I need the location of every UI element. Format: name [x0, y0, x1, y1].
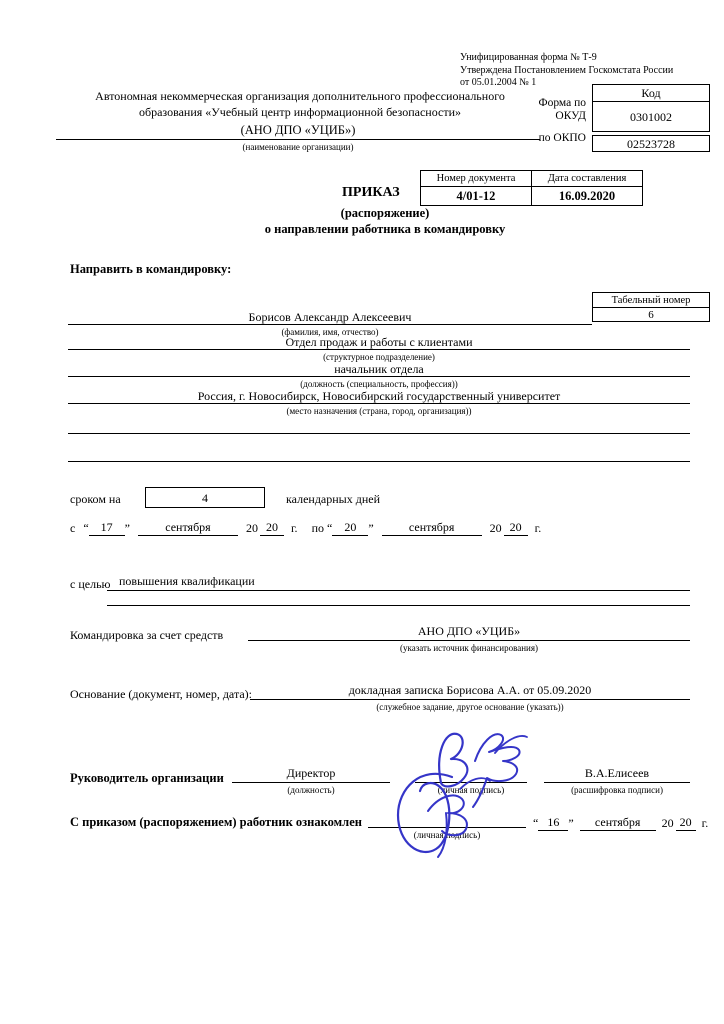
form-ref-line1: Унифицированная форма № Т-9 — [460, 52, 673, 65]
empty-rule-1 — [68, 433, 690, 434]
to-label: по — [312, 521, 324, 536]
org-name-line2: образования «Учебный центр информационно… — [64, 104, 536, 120]
purpose-label: с целью — [70, 577, 111, 592]
ack-date-line: “ 16 ” сентября 20 20 г. — [533, 815, 708, 831]
destination-caption: (место назначения (страна, город, органи… — [68, 406, 690, 416]
head-label: Руководитель организации — [70, 771, 224, 786]
close-quote: ” — [368, 521, 373, 536]
employee-name-rule — [68, 324, 592, 325]
basis-label: Основание (документ, номер, дата): — [70, 687, 252, 702]
position: начальник отдела — [68, 362, 690, 377]
order-subject: о направлении работника в командировку — [160, 222, 610, 237]
year-suffix: г. — [291, 521, 298, 536]
organization-name: Автономная некоммерческая организация до… — [64, 88, 536, 120]
from-month: сентября — [138, 520, 238, 536]
ack-year: 20 — [676, 815, 696, 831]
to-month: сентября — [382, 520, 482, 536]
order-subtitle: (распоряжение) — [160, 206, 610, 221]
to-year: 20 — [504, 520, 528, 536]
org-name-caption: (наименование организации) — [56, 142, 540, 152]
head-name-caption: (расшифровка подписи) — [544, 785, 690, 795]
destination-rule — [68, 403, 690, 404]
okud-label-line1: Форма по — [512, 97, 586, 110]
position-caption: (должность (специальность, профессия)) — [68, 379, 690, 389]
funding-caption: (указать источник финансирования) — [248, 643, 690, 653]
from-century: 20 — [246, 521, 258, 536]
close-quote: ” — [125, 521, 130, 536]
org-name-line1: Автономная некоммерческая организация до… — [64, 88, 536, 104]
duration-label: сроком на — [70, 492, 121, 507]
ack-year-suffix: г. — [702, 816, 709, 831]
employee-name: Борисов Александр Алексеевич — [68, 310, 592, 325]
close-quote: ” — [568, 816, 573, 831]
okud-value-cell: 0301002 — [592, 101, 710, 132]
head-position-caption: (должность) — [232, 785, 390, 795]
personnel-number-value: 6 — [592, 307, 710, 322]
employee-handwritten-signature — [390, 763, 498, 861]
code-table-header: Код — [592, 84, 710, 102]
org-name-rule — [56, 139, 540, 140]
doc-number-header: Номер документа — [420, 170, 532, 187]
form-ref-line2: Утверждена Постановлением Госкомстата Ро… — [460, 65, 673, 78]
basis-caption: (служебное задание, другое основание (ук… — [250, 702, 690, 712]
code-table: Код 0301002 02523728 — [592, 84, 710, 152]
ack-day: 16 — [538, 815, 568, 831]
department-caption: (структурное подразделение) — [68, 352, 690, 362]
from-label: с — [70, 521, 75, 536]
personnel-number-header: Табельный номер — [592, 292, 710, 308]
head-position: Директор — [232, 766, 390, 783]
okpo-value-cell: 02523728 — [592, 135, 710, 152]
trip-dates-line: с “ 17 ” сентября 20 20 г. по “ 20 ” сен… — [70, 520, 541, 536]
duration-unit: календарных дней — [286, 492, 380, 507]
destination: Россия, г. Новосибирск, Новосибирский го… — [68, 389, 690, 404]
funding-label: Командировка за счет средств — [70, 628, 223, 643]
ack-century: 20 — [662, 816, 674, 831]
purpose-empty-rule — [107, 605, 690, 606]
doc-date-value: 16.09.2020 — [531, 186, 643, 206]
okud-label: Форма по ОКУД — [512, 97, 586, 123]
position-rule — [68, 376, 690, 377]
org-short-name: (АНО ДПО «УЦИБ») — [56, 123, 540, 138]
funding-value: АНО ДПО «УЦИБ» — [248, 624, 690, 641]
from-year: 20 — [260, 520, 284, 536]
to-day: 20 — [332, 520, 368, 536]
duration-value-box: 4 — [145, 487, 265, 508]
ack-label: С приказом (распоряжением) работник озна… — [70, 815, 362, 830]
purpose-value: повышения квалификации — [107, 574, 690, 591]
personnel-number-table: Табельный номер 6 — [592, 292, 710, 322]
doc-number-value: 4/01-12 — [420, 186, 532, 206]
order-title: ПРИКАЗ — [342, 185, 400, 201]
department: Отдел продаж и работы с клиентами — [68, 335, 690, 350]
department-rule — [68, 349, 690, 350]
document-page: Унифицированная форма № Т-9 Утверждена П… — [0, 0, 724, 1024]
ack-month: сентября — [580, 815, 656, 831]
order-doc-table: Номер документа Дата составления 4/01-12… — [420, 170, 643, 206]
head-name: В.А.Елисеев — [544, 766, 690, 783]
okud-label-line2: ОКУД — [512, 110, 586, 123]
basis-value: докладная записка Борисова А.А. от 05.09… — [250, 683, 690, 700]
to-century: 20 — [490, 521, 502, 536]
doc-date-header: Дата составления — [531, 170, 643, 187]
empty-rule-2 — [68, 461, 690, 462]
from-day: 17 — [89, 520, 125, 536]
assignment-intro: Направить в командировку: — [70, 262, 231, 277]
year-suffix: г. — [535, 521, 542, 536]
